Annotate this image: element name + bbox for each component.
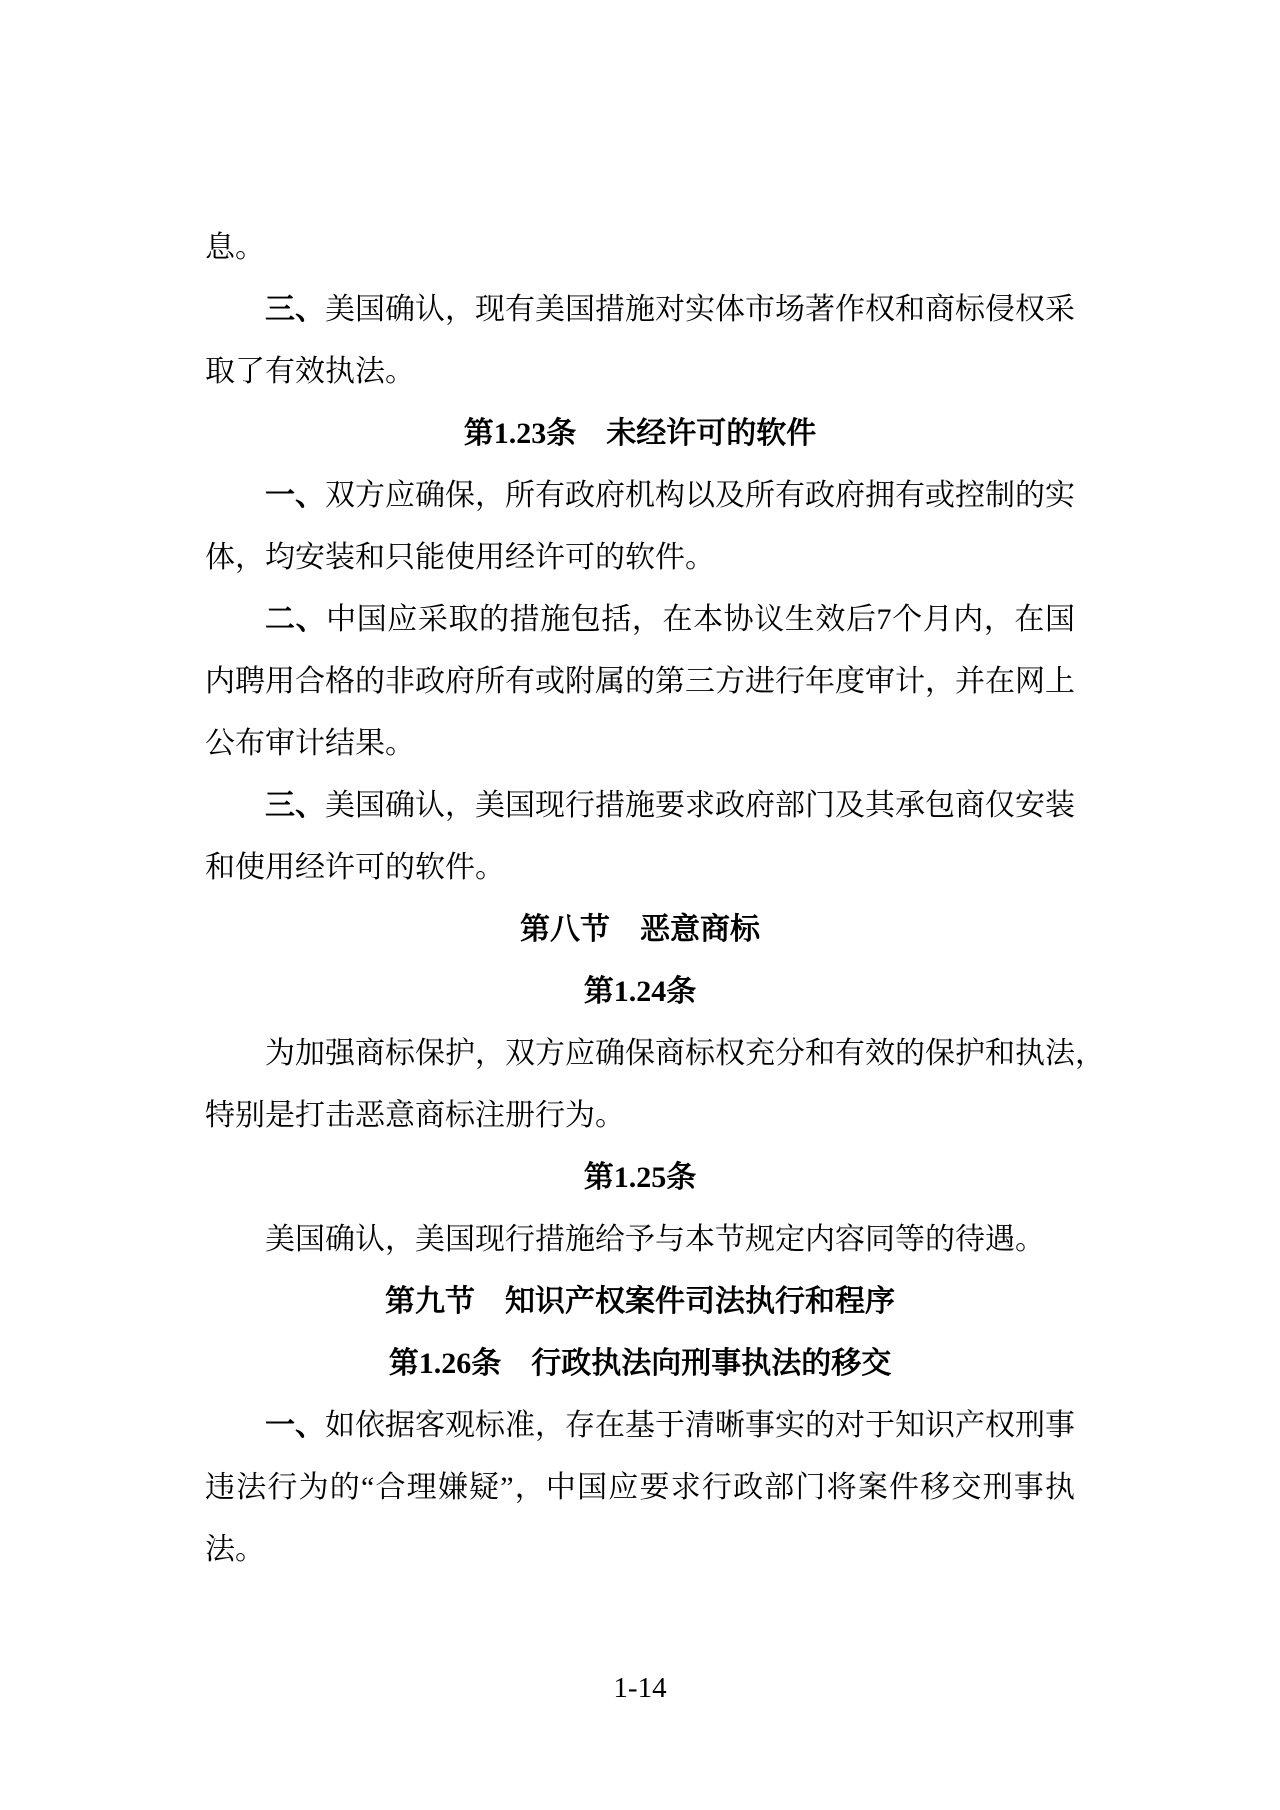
- paragraph-line: 息。: [205, 217, 1075, 279]
- paragraph-line: 公布审计结果。: [205, 713, 1075, 775]
- paragraph-line: 和使用经许可的软件。: [205, 837, 1075, 899]
- paragraph-text: 双方应确保，所有政府机构以及所有政府拥有或控制的实: [325, 479, 1075, 512]
- list-marker: 三、: [265, 293, 325, 326]
- paragraph-text: 如依据客观标准，存在基于清晰事实的对于知识产权刑事: [325, 1409, 1075, 1442]
- paragraph-text: 中国应采取的措施包括，在本协议生效后7个月内，在国: [326, 603, 1075, 636]
- paragraph-line: 三、美国确认，美国现行措施要求政府部门及其承包商仅安装: [205, 775, 1075, 837]
- paragraph-line: 特别是打击恶意商标注册行为。: [205, 1085, 1075, 1147]
- page-number: 1-14: [0, 1668, 1280, 1708]
- paragraph-text: 美国确认，现有美国措施对实体市场著作权和商标侵权采: [325, 293, 1075, 326]
- section-heading: 第九节 知识产权案件司法执行和程序: [205, 1271, 1075, 1333]
- paragraph-line: 体，均安装和只能使用经许可的软件。: [205, 527, 1075, 589]
- article-heading: 第1.23条 未经许可的软件: [205, 403, 1075, 465]
- article-heading: 第1.24条: [205, 961, 1075, 1023]
- paragraph-line: 三、美国确认，现有美国措施对实体市场著作权和商标侵权采: [205, 279, 1075, 341]
- paragraph-line: 法。: [205, 1519, 1075, 1581]
- paragraph-line: 为加强商标保护，双方应确保商标权充分和有效的保护和执法，: [205, 1023, 1075, 1085]
- paragraph-line: 二、中国应采取的措施包括，在本协议生效后7个月内，在国: [205, 589, 1075, 651]
- list-marker: 一、: [265, 1409, 325, 1442]
- paragraph-line: 一、双方应确保，所有政府机构以及所有政府拥有或控制的实: [205, 465, 1075, 527]
- paragraph-line: 内聘用合格的非政府所有或附属的第三方进行年度审计，并在网上: [205, 651, 1075, 713]
- paragraph-line: 美国确认，美国现行措施给予与本节规定内容同等的待遇。: [205, 1209, 1075, 1271]
- article-heading: 第1.25条: [205, 1147, 1075, 1209]
- article-heading: 第1.26条 行政执法向刑事执法的移交: [205, 1333, 1075, 1395]
- paragraph-line: 一、如依据客观标准，存在基于清晰事实的对于知识产权刑事: [205, 1395, 1075, 1457]
- document-page: 息。 三、美国确认，现有美国措施对实体市场著作权和商标侵权采 取了有效执法。 第…: [205, 217, 1075, 1581]
- paragraph-line: 违法行为的“合理嫌疑”，中国应要求行政部门将案件移交刑事执: [205, 1457, 1075, 1519]
- paragraph-text: 美国确认，美国现行措施要求政府部门及其承包商仅安装: [325, 789, 1075, 822]
- list-marker: 三、: [265, 789, 325, 822]
- list-marker: 二、: [265, 603, 326, 636]
- list-marker: 一、: [265, 479, 325, 512]
- section-heading: 第八节 恶意商标: [205, 899, 1075, 961]
- paragraph-line: 取了有效执法。: [205, 341, 1075, 403]
